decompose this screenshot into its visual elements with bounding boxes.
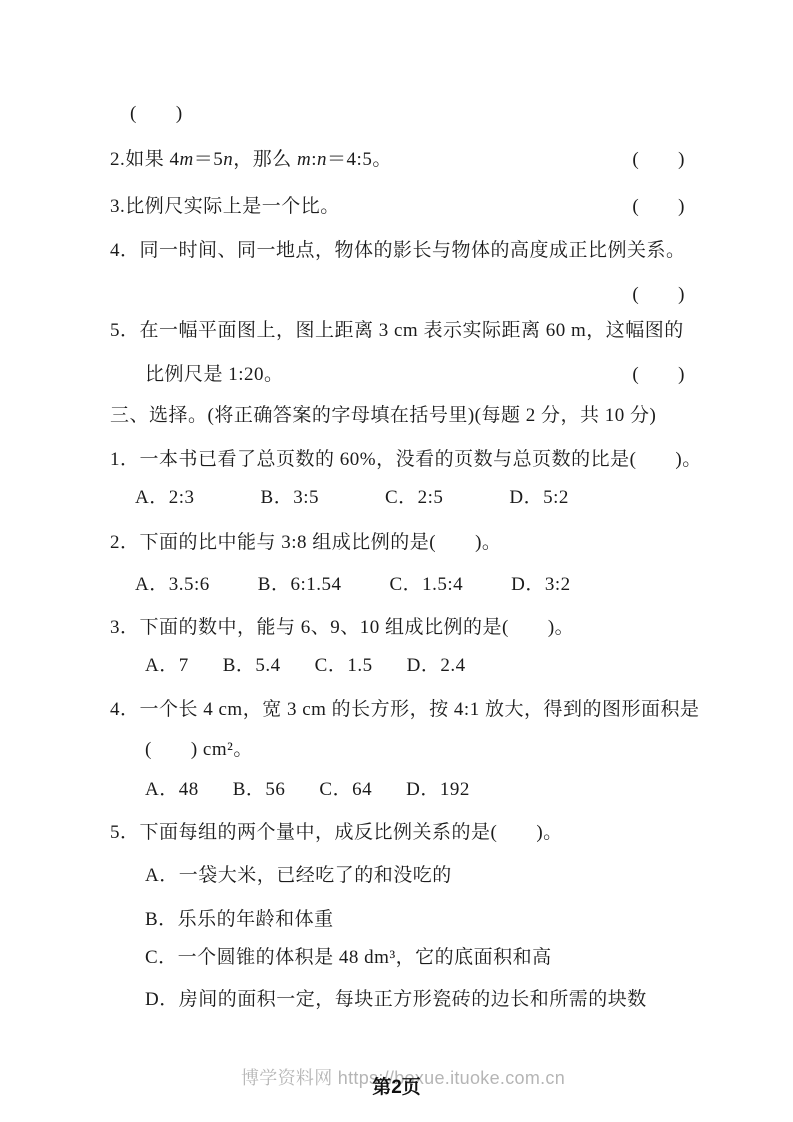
judge-q1-answer-blank: ( ) [130, 100, 183, 127]
choice-q2-option-b: B．6:1.54 [258, 571, 342, 598]
exam-page: ( ) 2.如果 4m＝5n，那么 m:n＝4:5。 ( ) 3.比例尺实际上是… [0, 0, 793, 1122]
judge-q3-text: 3.比例尺实际上是一个比。 [110, 193, 340, 220]
judge-q2-var-m: m [180, 149, 194, 170]
judge-q2-var-n: n [223, 149, 233, 170]
choice-q1-option-b: B．3:5 [261, 484, 319, 511]
choice-q3-option-d: D．2.4 [407, 652, 466, 679]
choice-q4-text-line1: 4．一个长 4 cm，宽 3 cm 的长方形，按 4:1 放大，得到的图形面积是 [110, 696, 699, 723]
choice-q4-text-line2: ( ) cm²。 [145, 736, 253, 763]
choice-q4-options: A．48 B．56 C．64 D．192 [145, 776, 470, 803]
judge-q3-answer-blank: ( ) [632, 193, 685, 220]
judge-q2-var-n2: n [317, 149, 327, 170]
choice-section-heading: 三、选择。(将正确答案的字母填在括号里)(每题 2 分，共 10 分) [110, 402, 656, 429]
choice-q2-text: 2．下面的比中能与 3:8 组成比例的是( )。 [110, 529, 501, 556]
judge-q4-text: 4．同一时间、同一地点，物体的影长与物体的高度成正比例关系。 [110, 237, 686, 264]
choice-q2-option-c: C．1.5:4 [389, 571, 463, 598]
choice-q3-option-b: B．5.4 [223, 652, 281, 679]
judge-q5-text-line1: 5．在一幅平面图上，图上距离 3 cm 表示实际距离 60 m，这幅图的 [110, 317, 684, 344]
choice-q3-text: 3．下面的数中，能与 6、9、10 组成比例的是( )。 [110, 614, 574, 641]
choice-q1-text: 1．一本书已看了总页数的 60%，没看的页数与总页数的比是( )。 [110, 446, 702, 473]
judge-q2-answer-blank: ( ) [632, 146, 685, 173]
choice-q5-option-b: B．乐乐的年龄和体重 [145, 906, 334, 933]
choice-q3-option-a: A．7 [145, 652, 189, 679]
judge-q2-part: ＝5 [194, 149, 224, 170]
choice-q3-options: A．7 B．5.4 C．1.5 D．2.4 [145, 652, 466, 679]
choice-q4-option-a: A．48 [145, 776, 199, 803]
judge-q5-answer-blank: ( ) [632, 361, 685, 388]
choice-q4-option-d: D．192 [406, 776, 470, 803]
choice-q2-option-a: A．3.5:6 [135, 571, 210, 598]
judge-q2-var-m2: m [297, 149, 311, 170]
choice-q1-option-d: D．5:2 [509, 484, 569, 511]
choice-q5-option-a: A．一袋大米，已经吃了的和没吃的 [145, 862, 452, 889]
choice-q2-options: A．3.5:6 B．6:1.54 C．1.5:4 D．3:2 [135, 571, 571, 598]
choice-q5-option-c: C．一个圆锥的体积是 48 dm³，它的底面积和高 [145, 944, 552, 971]
judge-q2-part: 2.如果 4 [110, 149, 180, 170]
judge-q2-part: ＝4:5。 [327, 149, 392, 170]
choice-q5-text: 5．下面每组的两个量中，成反比例关系的是( )。 [110, 819, 563, 846]
judge-q2-part: ，那么 [233, 149, 297, 170]
choice-q1-options: A．2:3 B．3:5 C．2:5 D．5:2 [135, 484, 569, 511]
choice-q1-option-c: C．2:5 [385, 484, 443, 511]
judge-q2-text: 2.如果 4m＝5n，那么 m:n＝4:5。 [110, 146, 392, 173]
choice-q5-option-d: D．房间的面积一定，每块正方形瓷砖的边长和所需的块数 [145, 986, 647, 1013]
judge-q5-text-line2: 比例尺是 1:20。 [145, 361, 284, 388]
choice-q3-option-c: C．1.5 [315, 652, 373, 679]
choice-q4-option-b: B．56 [233, 776, 286, 803]
page-number: 第2页 [0, 1072, 793, 1099]
choice-q2-option-d: D．3:2 [511, 571, 571, 598]
choice-q4-option-c: C．64 [319, 776, 372, 803]
choice-q1-option-a: A．2:3 [135, 484, 195, 511]
judge-q4-answer-blank: ( ) [632, 281, 685, 308]
